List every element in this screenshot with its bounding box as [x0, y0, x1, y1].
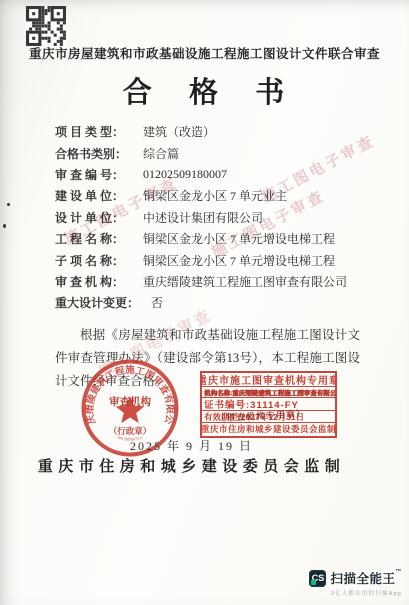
field-value: 否 [151, 294, 163, 311]
document-title: 合 格 书 [0, 70, 409, 111]
camscanner-tagline: 3亿人都在用的扫描App [309, 589, 402, 597]
field-major-design-change: 重大设计变更： 否 [55, 292, 385, 313]
camscanner-icon: CS [309, 570, 326, 587]
field-review-agency: 审 查 机 构： 重庆缙陵建筑工程施工图审查有限公司 [55, 271, 385, 292]
qr-code [26, 6, 66, 46]
field-project-name: 工 程 名 称： 铜梁区金龙小区 7 单元增设电梯工程 [55, 228, 385, 249]
field-design-unit: 设 计 单 位： 中述设计集团有限公司 [55, 207, 385, 228]
stamp-center-line1: 审查机构 [109, 395, 151, 408]
field-review-number: 审 查 编 号： 01202509180007 [55, 164, 385, 185]
field-construction-unit: 建 设 单 位： 铜梁区金龙小区 7 单元业主 [55, 185, 385, 206]
field-certificate-category: 合格书类别： 综合篇 [55, 142, 385, 163]
stamp-center-line2: （行政章） [109, 426, 152, 436]
scan-speck [7, 203, 10, 206]
field-label: 重大设计变更： [55, 294, 151, 311]
field-value: 建筑（改造） [143, 123, 215, 140]
field-label: 工 程 名 称： [55, 230, 143, 247]
rect-stamp-org-name: 机构名称:重庆缙陵建筑工程施工图审查有限公司 [202, 387, 335, 398]
document-header-line: 重庆市房屋建筑和市政基础设施工程施工图设计文件联合审查 [0, 44, 409, 62]
scanned-certificate-page: 重庆市房屋建筑和市政基础设施工程施工图设计文件联合审查 合 格 书 施工图电子审… [0, 0, 409, 605]
field-value: 01202509180007 [143, 167, 227, 182]
field-value: 中述设计集团有限公司 [143, 209, 263, 226]
rect-review-agency-stamp: 重庆市施工图审查机构专用章 机构名称:重庆缙陵建筑工程施工图审查有限公司 证书编… [200, 371, 337, 438]
issue-date: 2025 年 9 月 19 日 [0, 437, 396, 454]
field-value: 重庆缙陵建筑工程施工图审查有限公司 [143, 273, 347, 290]
field-subitem-name: 子 项 名 称： 铜梁区金龙小区 7 单元增设电梯工程 [55, 249, 385, 270]
field-label: 子 项 名 称： [55, 252, 143, 269]
certificate-fields: 项 目 类 型： 建筑（改造） 合格书类别： 综合篇 审 查 编 号： 0120… [55, 121, 385, 314]
field-label: 项 目 类 型： [55, 123, 143, 140]
supervising-authority: 重庆市住房和城乡建设委员会监制 [0, 455, 396, 476]
rect-stamp-header: 重庆市施工图审查机构专用章 [202, 373, 335, 387]
field-project-type: 项 目 类 型： 建筑（改造） [55, 121, 385, 142]
field-value: 铜梁区金龙小区 7 单元增设电梯工程 [143, 230, 335, 247]
field-label: 建 设 单 位： [55, 187, 143, 204]
camscanner-watermark: CS 扫描全能王™ 3亿人都在用的扫描App [309, 569, 402, 597]
rect-stamp-footer: 重庆市住房和城乡建设委员会监制 [202, 423, 335, 435]
camscanner-brand: 扫描全能王™ [330, 569, 402, 587]
field-value: 铜梁区金龙小区 7 单元增设电梯工程 [143, 252, 335, 269]
field-label: 审 查 编 号： [55, 166, 143, 183]
field-label: 设 计 单 位： [55, 209, 143, 226]
field-value: 综合篇 [143, 145, 179, 162]
scan-speck [3, 224, 6, 228]
field-value: 铜梁区金龙小区 7 单元业主 [143, 187, 287, 204]
field-label: 合格书类别： [55, 145, 143, 162]
field-label: 审 查 机 构： [55, 273, 143, 290]
